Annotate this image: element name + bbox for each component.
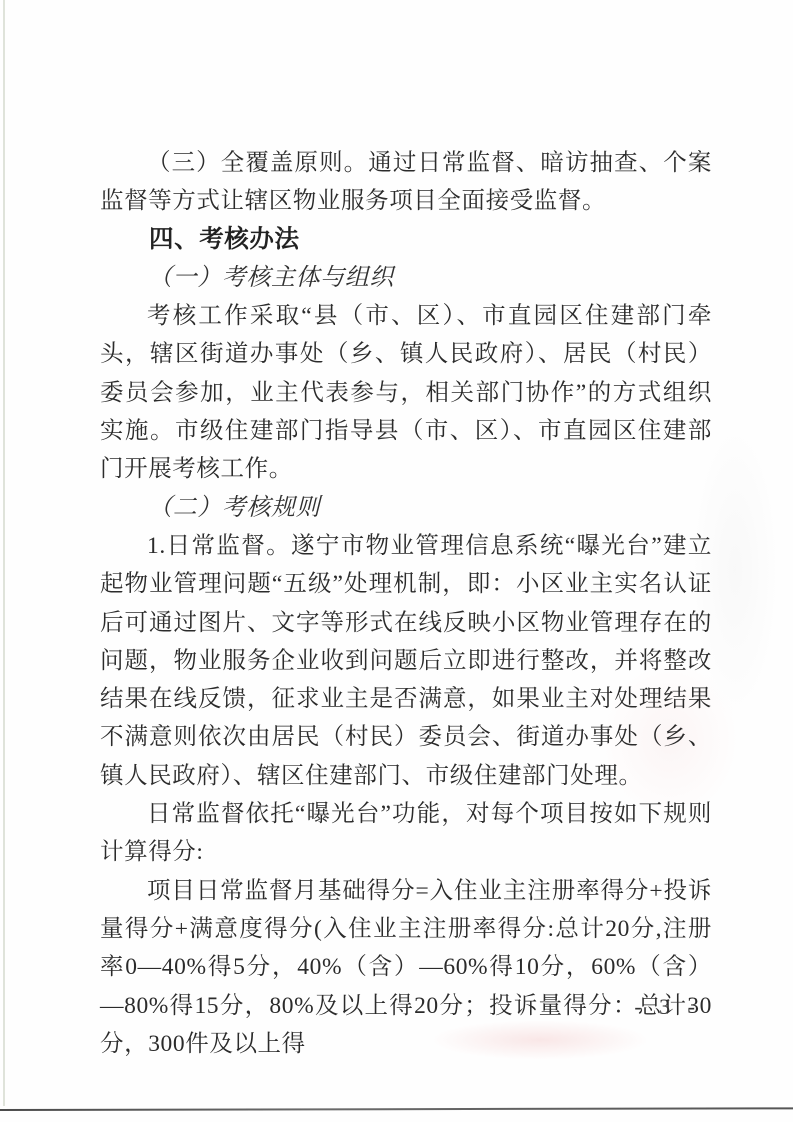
scanned-document-page: （三）全覆盖原则。通过日常监督、暗访抽查、个案监督等方式让辖区物业服务项目全面接… bbox=[0, 0, 793, 1122]
page-number: - 3 - bbox=[634, 994, 701, 1020]
paragraph-score-calculation-intro: 日常监督依托“曝光台”功能，对每个项目按如下规则计算得分: bbox=[100, 795, 712, 872]
scan-left-edge-artifact bbox=[3, 0, 5, 1106]
section-heading-assessment-method: 四、考核办法 bbox=[100, 221, 712, 259]
paragraph-score-formula: 项目日常监督月基础得分=入住业主注册率得分+投诉量得分+满意度得分(入住业主注册… bbox=[100, 872, 712, 1063]
scan-bottom-page-edge bbox=[0, 1107, 793, 1111]
subsection-heading-assessment-subject: （一）考核主体与组织 bbox=[100, 259, 712, 297]
document-body: （三）全覆盖原则。通过日常监督、暗访抽查、个案监督等方式让辖区物业服务项目全面接… bbox=[100, 144, 712, 1063]
paragraph-assessment-organization: 考核工作采取“县（市、区）、市直园区住建部门牵头，辖区街道办事处（乡、镇人民政府… bbox=[100, 297, 712, 488]
subsection-heading-assessment-rules: （二）考核规则 bbox=[100, 489, 712, 527]
paragraph-coverage-principle: （三）全覆盖原则。通过日常监督、暗访抽查、个案监督等方式让辖区物业服务项目全面接… bbox=[100, 144, 712, 221]
paragraph-daily-supervision-mechanism: 1.日常监督。遂宁市物业管理信息系统“曝光台”建立起物业管理问题“五级”处理机制… bbox=[100, 527, 712, 795]
